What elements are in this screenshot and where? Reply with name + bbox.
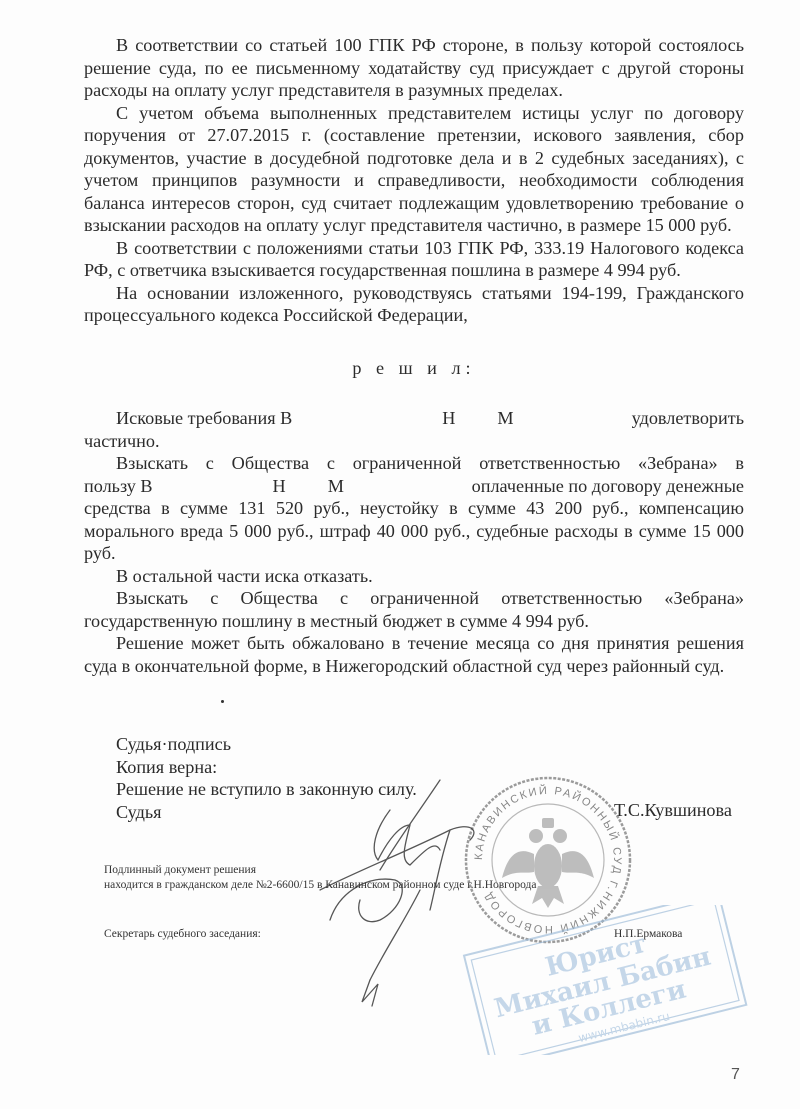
document-body: В соответствии со статьей 100 ГПК РФ сто…: [84, 34, 744, 677]
ruling-partially: частично.: [84, 430, 744, 453]
redacted-initial-n: Н: [442, 407, 455, 430]
paragraph-representative-costs: С учетом объема выполненных представител…: [84, 102, 744, 237]
watermark-stamp-icon: Юрист Михаил Бабин и Коллеги www.mbabin.…: [452, 905, 752, 1055]
ruling-satisfy-word: удовлетворить: [632, 407, 744, 430]
ruling-amounts: средства в сумме 131 520 руб., неустойку…: [84, 497, 744, 565]
secretary-name: Н.П.Ермакова: [614, 927, 682, 942]
signature-block: Судья·подпись Копия верна: Решение не вс…: [116, 733, 417, 823]
ruling-state-duty: Взыскать с Общества с ограниченной ответ…: [84, 587, 744, 632]
judge-signature-line: Судья·подпись: [116, 733, 417, 756]
judge-name: Т.С.Кувшинова: [614, 800, 732, 821]
original-document-note-1: Подлинный документ решения: [104, 863, 256, 878]
redacted-initial-m: М: [497, 407, 513, 430]
ruling-appeal: Решение может быть обжаловано в течение …: [84, 632, 744, 677]
ruling-recover-funds: Взыскать с Общества с ограниченной ответ…: [84, 452, 744, 565]
document-page: В соответствии со статьей 100 ГПК РФ сто…: [0, 0, 800, 1109]
ruling-rest-denied: В остальной части иска отказать.: [84, 565, 744, 588]
original-document-note-2: находится в гражданском деле №2-6600/15 …: [104, 878, 537, 893]
svg-text:www.mbabin.ru: www.mbabin.ru: [577, 1009, 671, 1045]
not-in-force-line: Решение не вступило в законную силу.: [116, 778, 417, 801]
scan-dot: [221, 700, 224, 703]
paragraph-costs-article-100: В соответствии со статьей 100 ГПК РФ сто…: [84, 34, 744, 102]
ruling-claims-satisfied: Исковые требования В Н М удовлетворить ч…: [84, 407, 744, 452]
svg-text:и Коллеги: и Коллеги: [529, 975, 689, 1042]
redacted-initial-m: М: [328, 475, 344, 498]
copy-true-line: Копия верна:: [116, 756, 417, 779]
page-number: 7: [731, 1066, 740, 1084]
secretary-label: Секретарь судебного заседания:: [104, 927, 261, 942]
svg-text:КАНАВИНСКИЙ РАЙОННЫЙ СУД Г.НИЖ: КАНАВИНСКИЙ РАЙОННЫЙ СУД Г.НИЖНИЙ НОВГОР…: [473, 784, 623, 935]
paragraph-legal-basis: На основании изложенного, руководствуясь…: [84, 282, 744, 327]
judge-label: Судья: [116, 801, 417, 824]
redacted-initial-n: Н: [273, 475, 286, 498]
svg-text:Михаил Бабин: Михаил Бабин: [491, 942, 713, 1025]
ruling-claims-text: Исковые требования В: [116, 407, 292, 430]
paragraph-state-duty: В соответствии с положениями статьи 103 …: [84, 237, 744, 282]
court-seal-icon: КАНАВИНСКИЙ РАЙОННЫЙ СУД Г.НИЖНИЙ НОВГОР…: [462, 774, 634, 946]
decision-heading: р е ш и л:: [84, 357, 744, 380]
